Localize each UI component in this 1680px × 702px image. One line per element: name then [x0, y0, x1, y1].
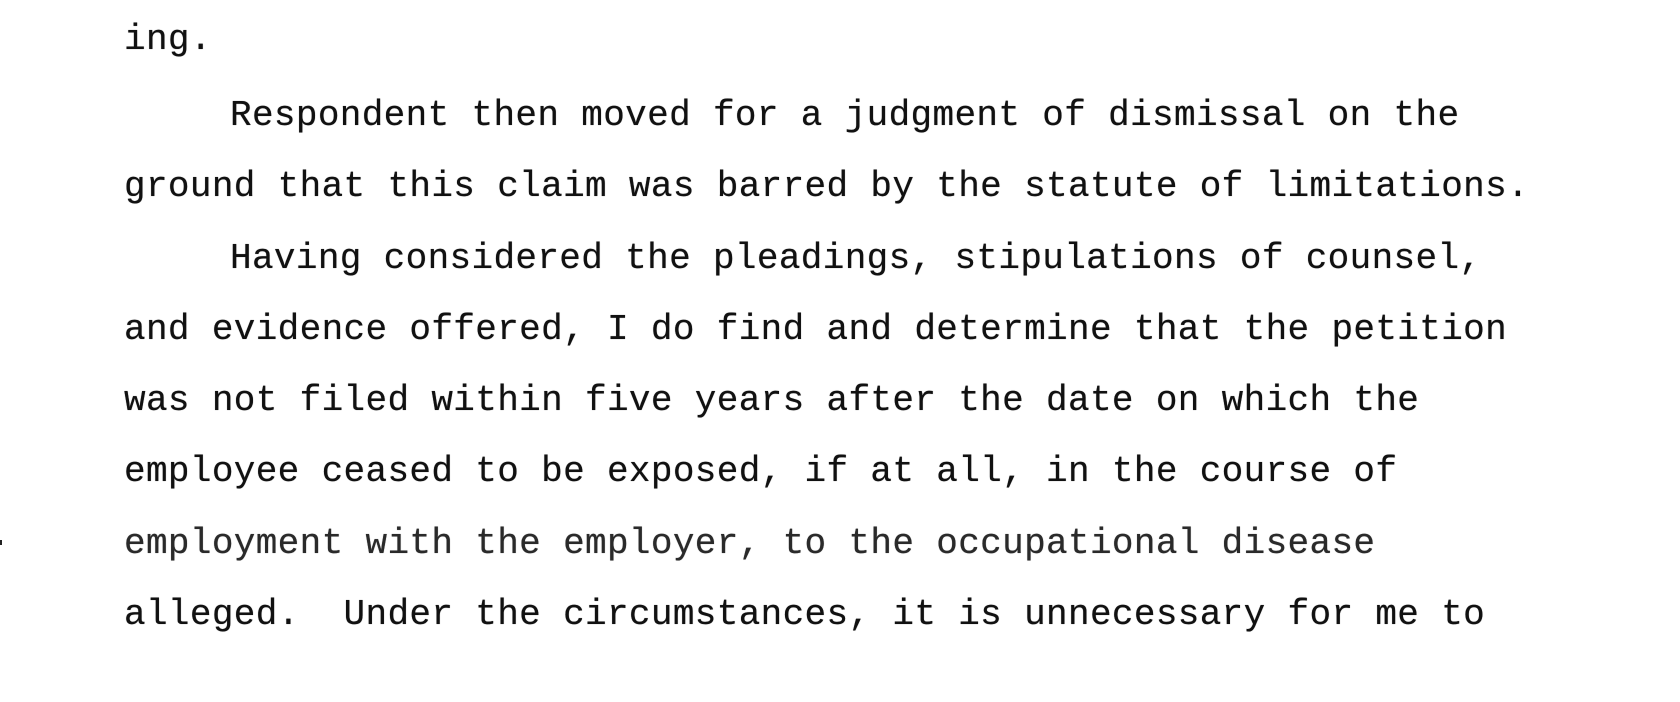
- document-page: ing. Respondent then moved for a judgmen…: [0, 0, 1680, 702]
- text-line-8: employment with the employer, to the occ…: [124, 522, 1375, 566]
- paragraph-start-respondent: Respondent then moved for a judgment of …: [230, 94, 1459, 138]
- text-line-3: ground that this claim was barred by the…: [124, 165, 1529, 209]
- text-line-5: and evidence offered, I do find and dete…: [124, 308, 1507, 352]
- margin-mark: [0, 540, 2, 545]
- text-line-6: was not filed within five years after th…: [124, 379, 1419, 423]
- paragraph-start-having: Having considered the pleadings, stipula…: [230, 237, 1481, 281]
- text-line-9: alleged. Under the circumstances, it is …: [124, 593, 1485, 637]
- text-line-1: ing.: [124, 18, 212, 62]
- text-line-7: employee ceased to be exposed, if at all…: [124, 450, 1397, 494]
